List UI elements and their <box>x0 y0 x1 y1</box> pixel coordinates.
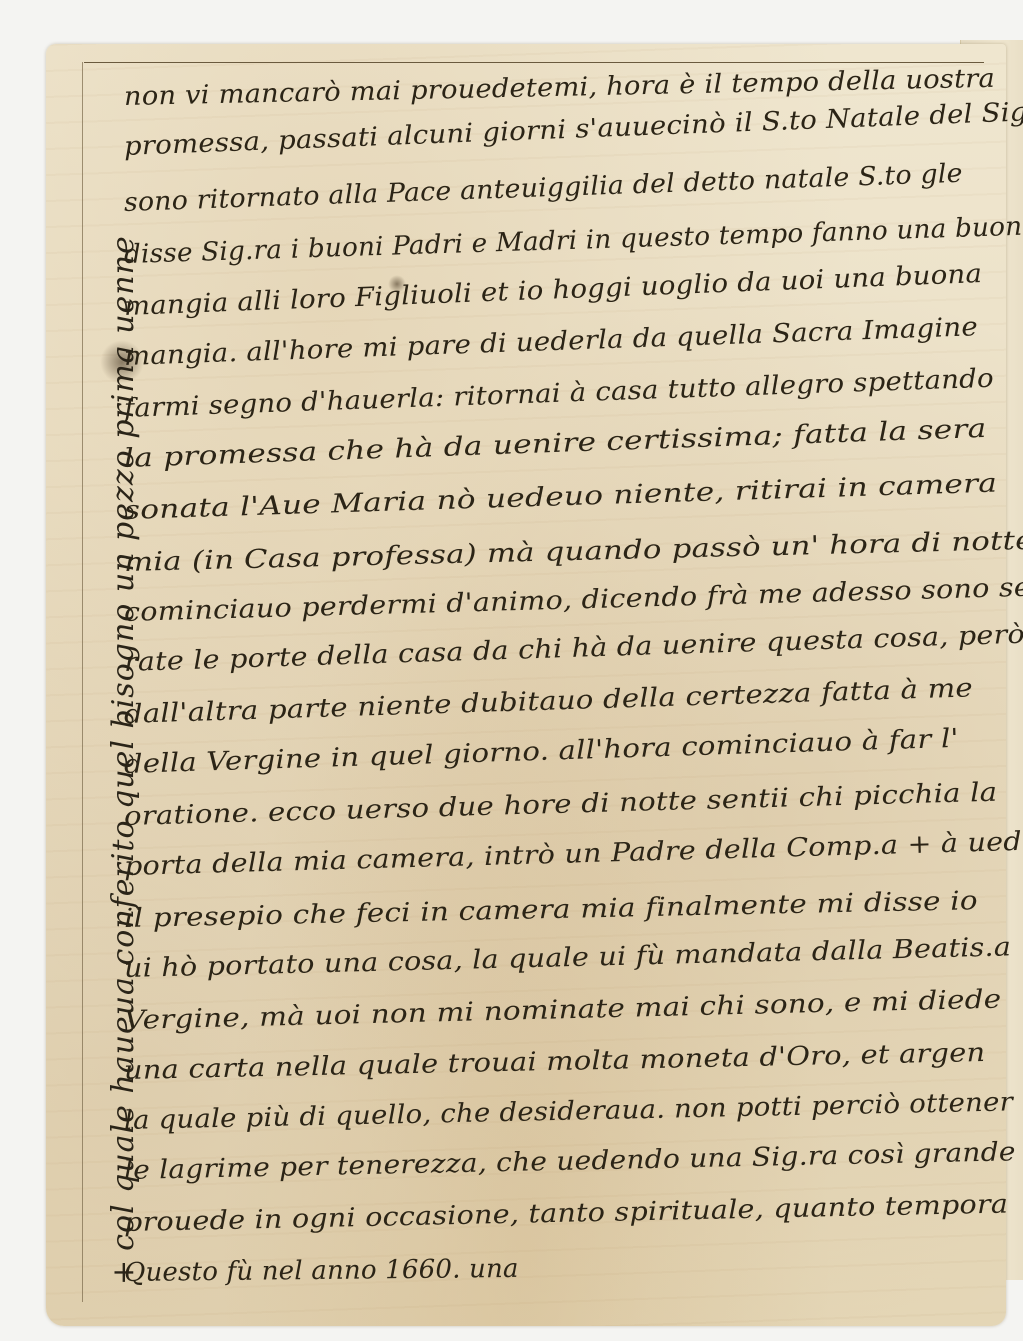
text-line: Questo fù nel anno 1660. una <box>124 1254 519 1288</box>
ruled-margin-line <box>82 62 83 1302</box>
margin-note-text: col quale haueua conferito quel bisogno … <box>106 235 141 1251</box>
ruled-top-line <box>84 62 984 63</box>
